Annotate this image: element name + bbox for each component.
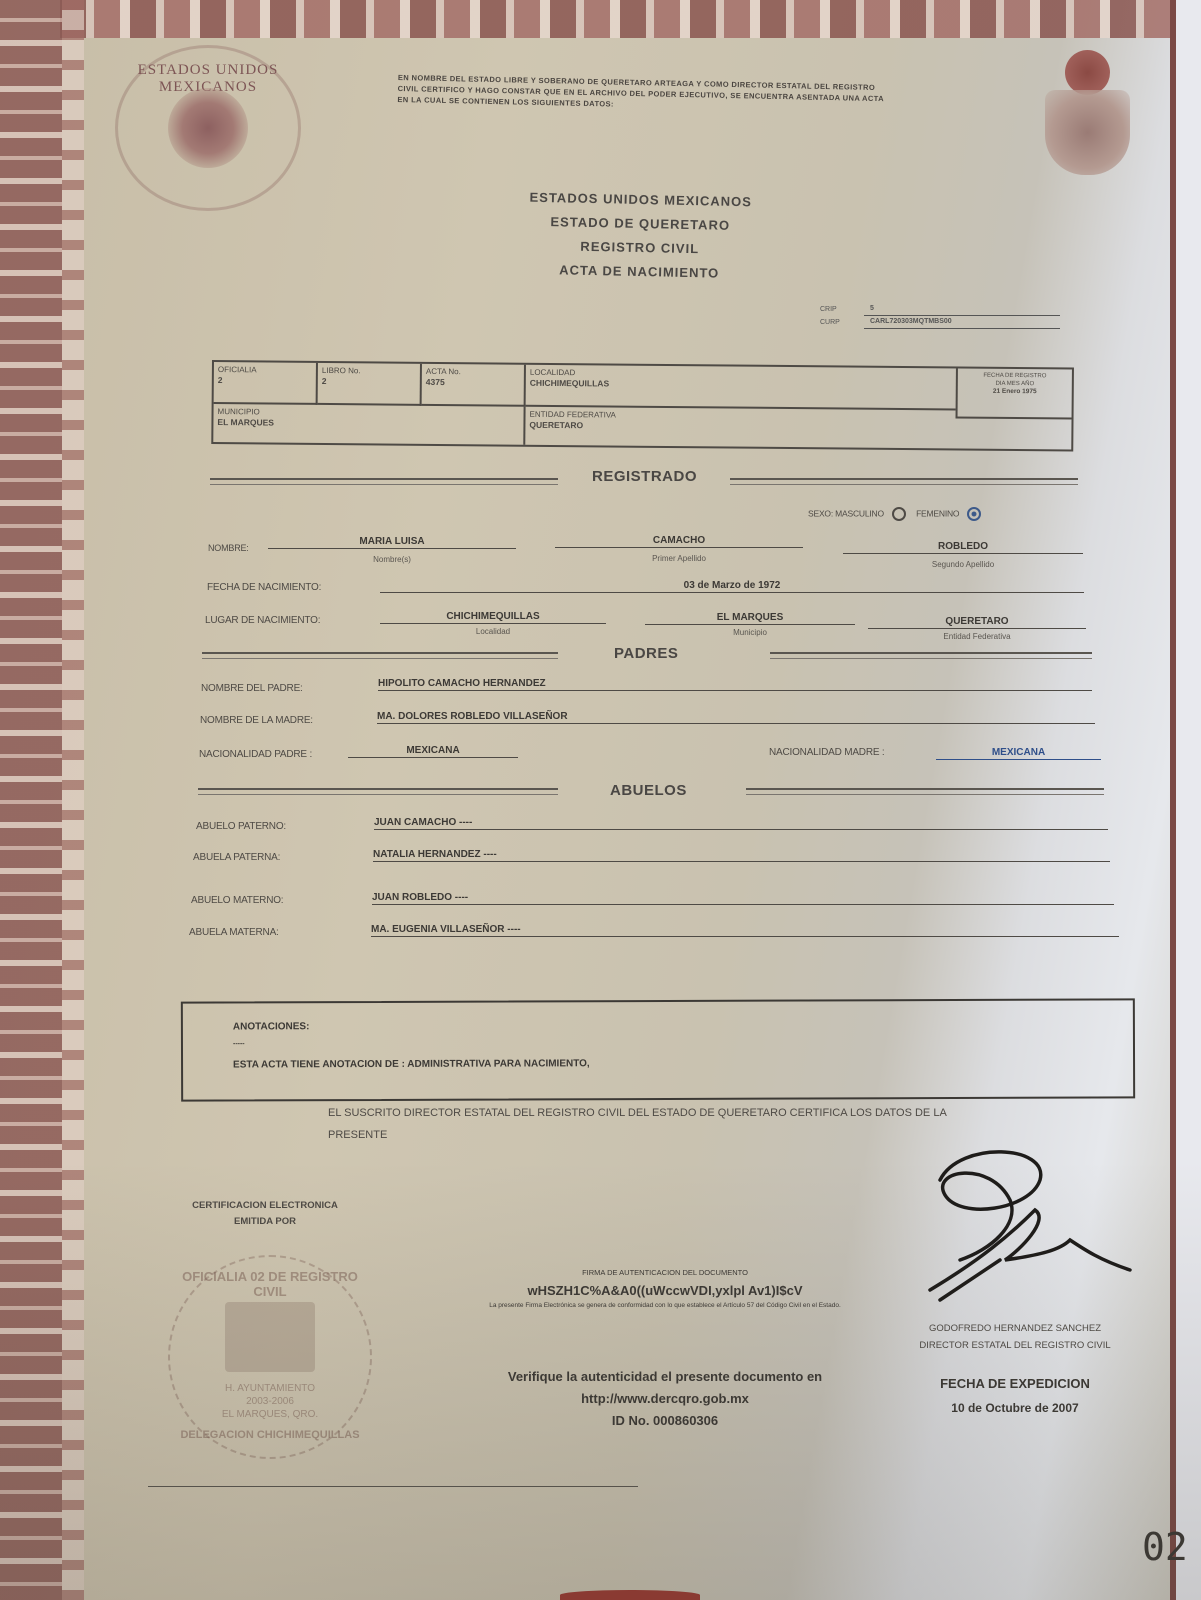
lugar-localidad-value: CHICHIMEQUILLAS <box>380 611 606 624</box>
madre-label: NOMBRE DE LA MADRE: <box>200 715 313 726</box>
verify-id: ID No. 000860306 <box>470 1410 860 1432</box>
segundo-apellido-value: ROBLEDO <box>843 541 1083 554</box>
mexico-coat-of-arms-seal-icon: ESTADOS UNIDOS MEXICANOS <box>115 45 301 211</box>
segundo-apellido-caption: Segundo Apellido <box>843 560 1083 569</box>
decorative-border-left-inner <box>62 0 84 1600</box>
folio-number: 02 <box>1142 1525 1188 1569</box>
localidad-cell: LOCALIDAD CHICHIMEQUILLAS <box>526 365 956 411</box>
abuelo-paterno-label: ABUELO PATERNO: <box>196 821 286 832</box>
section-title-abuelos: ABUELOS <box>610 782 687 799</box>
nombre-label: NOMBRE: <box>208 543 249 553</box>
curp-block: CRIP5 CURPCARL720303MQTMBS00 <box>820 303 1060 329</box>
divider-line-left <box>210 478 558 485</box>
lugar-entidad-caption: Entidad Federativa <box>868 632 1086 641</box>
nacionalidad-madre-label: NACIONALIDAD MADRE : <box>769 747 884 758</box>
nombres-caption: Nombre(s) <box>268 555 516 564</box>
padre-label: NOMBRE DEL PADRE: <box>201 683 303 694</box>
libro-cell: LIBRO No. 2 <box>318 363 422 406</box>
lugar-nacimiento-label: LUGAR DE NACIMIENTO: <box>205 615 320 626</box>
primer-apellido-value: CAMACHO <box>555 535 803 548</box>
abuela-paterna-label: ABUELA PATERNA: <box>193 852 280 863</box>
electronic-certification-label: CERTIFICACION ELECTRONICA EMITIDA POR <box>180 1198 350 1230</box>
lugar-municipio-value: EL MARQUES <box>645 612 855 625</box>
verify-url-link[interactable]: http://www.dercqro.gob.mx <box>470 1388 860 1410</box>
divider-line-left <box>198 788 558 795</box>
fecha-registro-cell: FECHA DE REGISTRO DIA MES AÑO 21 Enero 1… <box>956 368 1072 419</box>
entidad-cell: ENTIDAD FEDERATIVA QUERETARO <box>525 407 955 449</box>
director-name: GODOFREDO HERNANDEZ SANCHEZ <box>895 1320 1135 1337</box>
issue-date-block: FECHA DE EXPEDICION 10 de Octubre de 200… <box>905 1372 1125 1420</box>
sun-emblem-icon <box>1065 50 1110 95</box>
crip-label: CRIP <box>820 304 864 316</box>
registry-data-table: OFICIALIA 2 LIBRO No. 2 ACTA No. 4375 LO… <box>211 360 1074 452</box>
stamp-line-3: EL MARQUES, QRO. <box>170 1408 370 1421</box>
abuelo-materno-label: ABUELO MATERNO: <box>191 895 283 906</box>
oficialia-cell: OFICIALIA 2 <box>214 362 318 405</box>
emitida-line-1: CERTIFICACION ELECTRONICA <box>180 1198 350 1214</box>
libro-value: 2 <box>322 376 416 387</box>
femenino-radio-checked-icon <box>967 507 981 521</box>
primer-apellido-caption: Primer Apellido <box>555 554 803 563</box>
padre-value: HIPOLITO CAMACHO HERNANDEZ <box>378 678 1092 691</box>
sexo-masculino-label: SEXO: MASCULINO <box>808 508 884 518</box>
expedicion-label: FECHA DE EXPEDICION <box>905 1372 1125 1396</box>
curp-label: CURP <box>820 317 864 329</box>
oficialia-value: 2 <box>218 375 312 386</box>
stamp-top-text: OFICIALIA 02 DE REGISTRO CIVIL <box>170 1269 370 1299</box>
curp-value: CARL720303MQTMBS00 <box>864 316 1060 329</box>
queretaro-coat-of-arms-icon <box>1020 50 1150 180</box>
director-title: DIRECTOR ESTATAL DEL REGISTRO CIVIL <box>895 1337 1135 1354</box>
verification-block: Verifique la autenticidad el presente do… <box>470 1366 860 1432</box>
divider-line-right <box>746 788 1104 795</box>
anotaciones-title: ANOTACIONES: <box>233 1021 310 1032</box>
anotaciones-dashes: ----- <box>233 1040 245 1047</box>
electronic-signature-block: FIRMA DE AUTENTICACION DEL DOCUMENTO wHS… <box>440 1268 890 1311</box>
crip-value: 5 <box>864 303 1060 316</box>
emitida-line-2: EMITIDA POR <box>180 1214 350 1230</box>
divider-line-right <box>770 652 1092 659</box>
decorative-border-top <box>60 0 1201 38</box>
lugar-municipio-caption: Municipio <box>645 628 855 637</box>
libro-label: LIBRO No. <box>322 366 416 377</box>
bottom-rule <box>148 1486 638 1487</box>
abuela-materna-value: MA. EUGENIA VILLASEÑOR ---- <box>371 924 1119 937</box>
verify-text: Verifique la autenticidad el presente do… <box>470 1366 860 1388</box>
document-heading: ESTADOS UNIDOS MEXICANOS ESTADO DE QUERE… <box>489 185 791 287</box>
director-block: GODOFREDO HERNANDEZ SANCHEZ DIRECTOR EST… <box>895 1320 1135 1354</box>
sexo-field: SEXO: MASCULINO FEMENINO <box>808 507 989 521</box>
fecha-nacimiento-value: 03 de Marzo de 1972 <box>380 580 1084 593</box>
oficialia-label: OFICIALIA <box>218 365 312 376</box>
decorative-border-right <box>1170 0 1201 1600</box>
decorative-border-left <box>0 0 62 1600</box>
madre-value: MA. DOLORES ROBLEDO VILLASEÑOR <box>377 711 1095 724</box>
firma-legal-note: La presente Firma Electrónica se genera … <box>440 1300 890 1311</box>
section-title-padres: PADRES <box>614 645 678 662</box>
fecha-nacimiento-label: FECHA DE NACIMIENTO: <box>207 582 321 593</box>
divider-line-right <box>730 478 1078 485</box>
oficialia-stamp-icon: OFICIALIA 02 DE REGISTRO CIVIL H. AYUNTA… <box>168 1255 372 1459</box>
nacionalidad-padre-label: NACIONALIDAD PADRE : <box>199 749 312 760</box>
acta-cell: ACTA No. 4375 <box>422 364 526 407</box>
eagle-icon <box>168 88 248 168</box>
lugar-entidad-value: QUERETARO <box>868 616 1086 629</box>
acta-value: 4375 <box>426 377 520 388</box>
abuelo-paterno-value: JUAN CAMACHO ---- <box>374 817 1108 830</box>
municipio-cell: MUNICIPIO EL MARQUES <box>213 404 525 445</box>
handwritten-signature-icon <box>900 1140 1140 1310</box>
shield-emblem-icon <box>1045 90 1130 175</box>
nacionalidad-padre-value: MEXICANA <box>348 745 518 758</box>
anotaciones-text: ESTA ACTA TIENE ANOTACION DE : ADMINISTR… <box>233 1058 590 1070</box>
stamp-emblem-icon <box>225 1302 315 1372</box>
nombres-value: MARIA LUISA <box>268 536 516 549</box>
page-edge-decoration <box>560 1590 700 1600</box>
fecha-registro-value: 21 Enero 1975 <box>962 388 1068 397</box>
anotaciones-box: ANOTACIONES: ----- ESTA ACTA TIENE ANOTA… <box>181 998 1135 1101</box>
masculino-radio-icon <box>892 507 906 521</box>
abuela-paterna-value: NATALIA HERNANDEZ ---- <box>373 849 1110 862</box>
divider-line-left <box>202 652 558 659</box>
section-title-registrado: REGISTRADO <box>592 468 697 485</box>
municipio-value: EL MARQUES <box>217 417 519 430</box>
sexo-femenino-label: FEMENINO <box>916 508 959 518</box>
lugar-localidad-caption: Localidad <box>380 627 606 636</box>
abuela-materna-label: ABUELA MATERNA: <box>189 927 279 938</box>
abuelo-materno-value: JUAN ROBLEDO ---- <box>372 892 1114 905</box>
nacionalidad-madre-value: MEXICANA <box>936 747 1101 760</box>
stamp-line-2: 2003-2006 <box>170 1395 370 1408</box>
firma-hash: wHSZH1C%A&A0((uWccwVDI,yxlpl Av1)I$cV <box>440 1283 890 1298</box>
stamp-bottom-text: DELEGACION CHICHIMEQUILLAS <box>170 1429 370 1441</box>
stamp-line-1: H. AYUNTAMIENTO <box>170 1382 370 1395</box>
firma-caption: FIRMA DE AUTENTICACION DEL DOCUMENTO <box>440 1268 890 1277</box>
expedicion-date: 10 de Octubre de 2007 <box>905 1396 1125 1420</box>
